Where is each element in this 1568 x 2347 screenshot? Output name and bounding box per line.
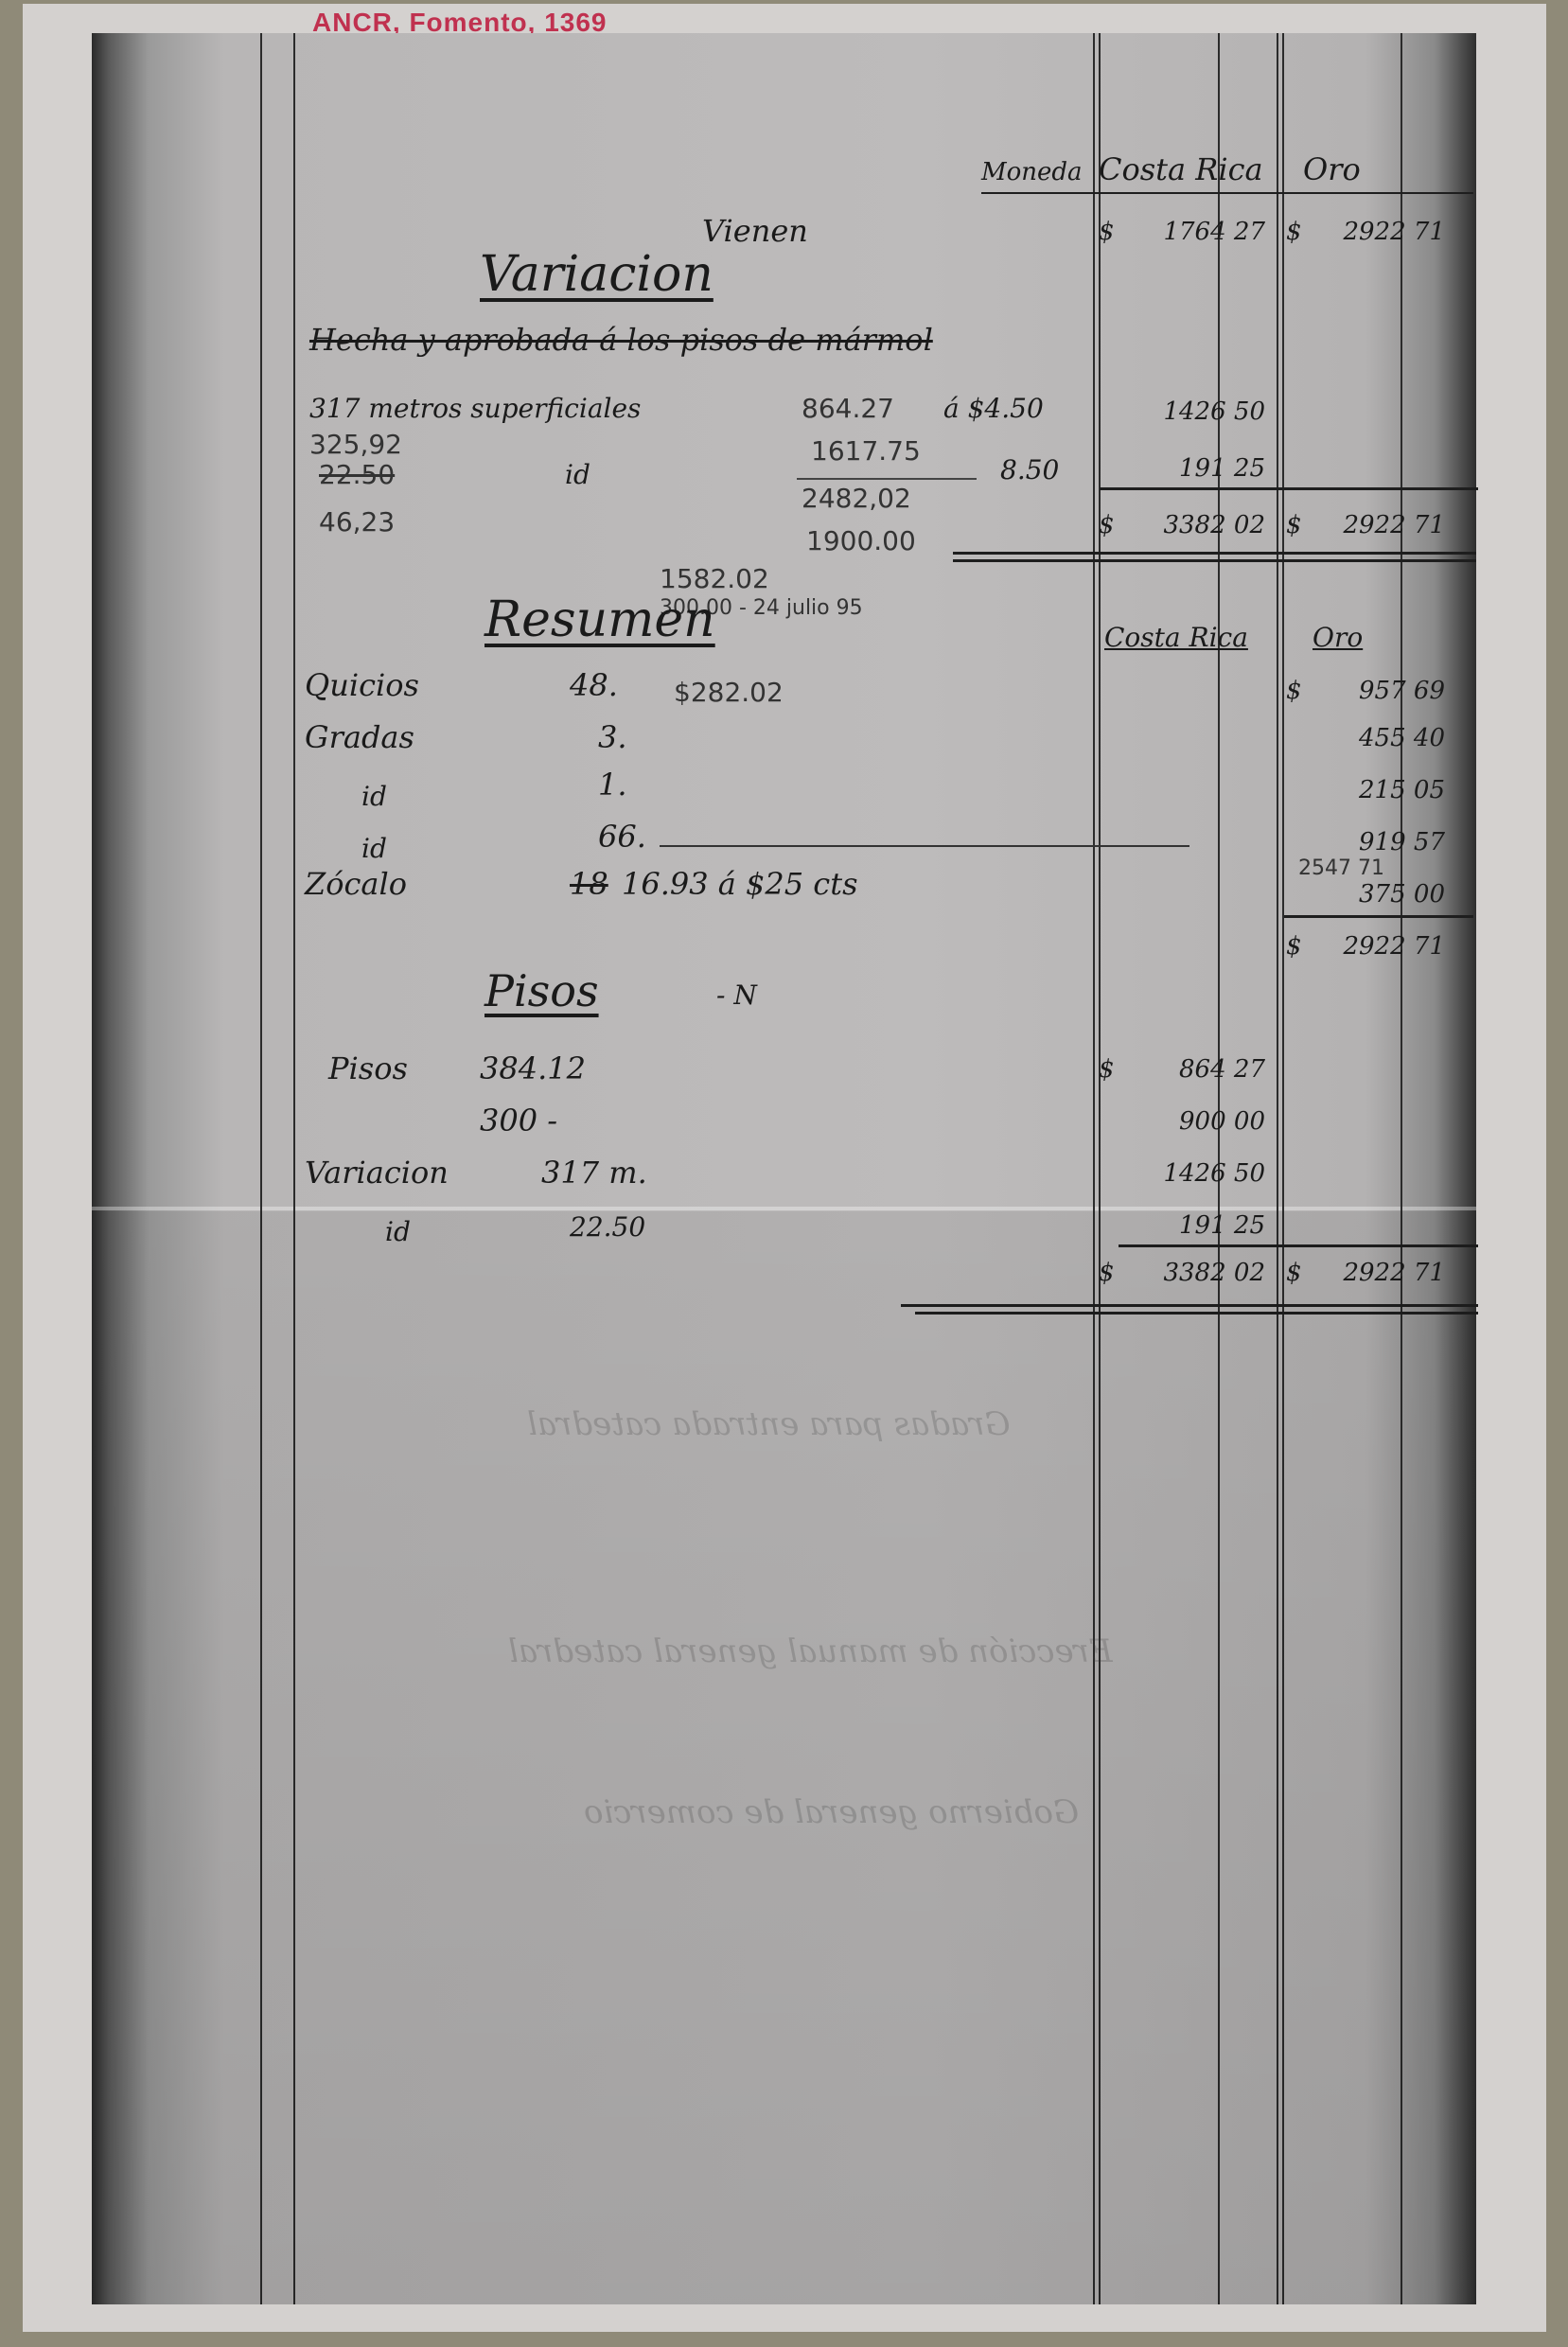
resumen-row-label: Quicios — [305, 667, 419, 703]
pisos-row-label: Variacion — [305, 1155, 449, 1191]
variacion-row-desc: 317 metros superficiales — [309, 393, 641, 424]
resumen-row-label: Gradas — [305, 719, 414, 755]
col-oro-header: Oro — [1303, 151, 1361, 187]
pencil-note: 325,92 — [309, 429, 402, 460]
section-title-resumen: Resumen — [484, 591, 715, 648]
total-double-rule-a — [953, 552, 1476, 555]
pencil-note: 1900.00 — [806, 525, 916, 556]
resumen-row-oro: 375 00 — [1313, 880, 1445, 909]
currency-symbol: $ — [1099, 1259, 1115, 1287]
variacion-row-costa-rica: 1426 50 — [1104, 397, 1265, 426]
resumen-row-oro: 957 69 — [1313, 677, 1445, 705]
total-double-rule-a — [901, 1304, 1478, 1307]
ditto-mark: id — [361, 833, 387, 864]
ledger-sheet: Moneda Costa Rica Oro Vienen $ 1764 27 $… — [92, 33, 1476, 2304]
bleed-through-text: Gobierno general de comercio — [584, 1793, 1079, 1831]
pisos-row-qty: 384.12 — [480, 1050, 586, 1086]
currency-symbol: $ — [1286, 218, 1302, 246]
pencil-note: 1582.02 — [660, 563, 769, 594]
pencil-subtotal: 2547 71 — [1298, 856, 1384, 880]
pisos-row-costa-rica: 900 00 — [1123, 1107, 1265, 1136]
resumen-row-qty: 48. — [570, 667, 618, 703]
resumen-total-oro: 2922 71 — [1313, 932, 1445, 961]
rule-margin-left — [260, 33, 262, 2304]
total-double-rule-b — [953, 559, 1476, 562]
pisos-total-costa-rica: 3382 02 — [1123, 1259, 1265, 1287]
resumen-row-qty: 16.93 á $25 cts — [622, 866, 857, 902]
pisos-note: - N — [716, 979, 757, 1011]
rule-cr-left-b — [1099, 33, 1101, 2304]
currency-symbol: $ — [1286, 677, 1302, 705]
bleed-through-text: Erección de manual general catedral — [508, 1632, 1113, 1670]
currency-symbol: $ — [1099, 511, 1115, 539]
rule-cr-left-a — [1093, 33, 1095, 2304]
currency-symbol: $ — [1286, 1259, 1302, 1287]
total-double-rule-b — [915, 1312, 1478, 1315]
currency-symbol: $ — [1286, 511, 1302, 539]
header-underline — [981, 192, 1473, 194]
rule-oro-cents — [1401, 33, 1402, 2304]
subtotal-rule — [1100, 487, 1478, 490]
pisos-row-qty: 317 m. — [541, 1155, 647, 1191]
pisos-row-label: Pisos — [328, 1050, 408, 1086]
subtotal-rule — [1119, 1244, 1478, 1247]
resumen-row-qty: 1. — [598, 767, 627, 803]
pisos-row-costa-rica: 864 27 — [1123, 1055, 1265, 1084]
pisos-row-costa-rica: 191 25 — [1123, 1211, 1265, 1240]
ditto-mark: id — [565, 459, 590, 490]
ditto-mark: id — [361, 781, 387, 812]
subtotal-rule — [1284, 915, 1473, 918]
resumen-col-oro: Oro — [1313, 622, 1363, 653]
variacion-row-rate: 8.50 — [1000, 454, 1059, 485]
resumen-row-oro: 919 57 — [1313, 828, 1445, 856]
pencil-sum-line — [797, 478, 977, 480]
pencil-note: 2482,02 — [802, 483, 911, 514]
pisos-total-oro: 2922 71 — [1313, 1259, 1445, 1287]
resumen-row-qty: 66. — [598, 819, 646, 855]
paper-fold — [92, 1207, 1476, 1210]
ditto-mark: id — [385, 1216, 411, 1247]
rule-oro-left-a — [1277, 33, 1278, 2304]
carried-forward-costa-rica: 1764 27 — [1123, 218, 1265, 246]
pencil-note: 1617.75 — [811, 435, 921, 467]
resumen-row-qty: 3. — [598, 719, 627, 755]
pencil-note: $282.02 — [674, 677, 784, 708]
col-costa-rica-header: Costa Rica — [1099, 151, 1263, 187]
resumen-row-oro: 215 05 — [1313, 776, 1445, 804]
variacion-total-costa-rica: 3382 02 — [1123, 511, 1265, 539]
resumen-row-oro: 455 40 — [1313, 724, 1445, 752]
currency-symbol: $ — [1099, 218, 1115, 246]
currency-label: Moneda — [981, 158, 1083, 186]
pencil-note: 864.27 — [802, 393, 894, 424]
struck-quantity: 22.50 — [319, 459, 395, 490]
variacion-row-costa-rica: 191 25 — [1104, 454, 1265, 483]
fill-line — [660, 845, 1189, 847]
carried-forward-oro: 2922 71 — [1313, 218, 1445, 246]
pisos-row-costa-rica: 1426 50 — [1123, 1159, 1265, 1188]
currency-symbol: $ — [1286, 932, 1302, 961]
variacion-total-oro: 2922 71 — [1313, 511, 1445, 539]
resumen-col-costa-rica: Costa Rica — [1104, 622, 1248, 653]
struck-quantity: 18 — [570, 866, 608, 902]
pencil-note: 46,23 — [319, 506, 395, 538]
rule-margin-inner — [293, 33, 295, 2304]
rule-oro-left-b — [1282, 33, 1284, 2304]
carried-forward-label: Vienen — [702, 213, 808, 249]
resumen-row-label: Zócalo — [305, 866, 407, 902]
pisos-row-qty: 300 - — [480, 1103, 557, 1138]
variacion-subtitle: Hecha y aprobada á los pisos de mármol — [309, 322, 933, 358]
section-title-variacion: Variacion — [480, 246, 714, 303]
bleed-through-text: Gradas para entrada catedral — [527, 1405, 1011, 1443]
section-title-pisos: Pisos — [484, 965, 599, 1016]
currency-symbol: $ — [1099, 1055, 1115, 1084]
variacion-row-rate: á $4.50 — [943, 393, 1044, 424]
pisos-row-qty: 22.50 — [570, 1211, 645, 1243]
